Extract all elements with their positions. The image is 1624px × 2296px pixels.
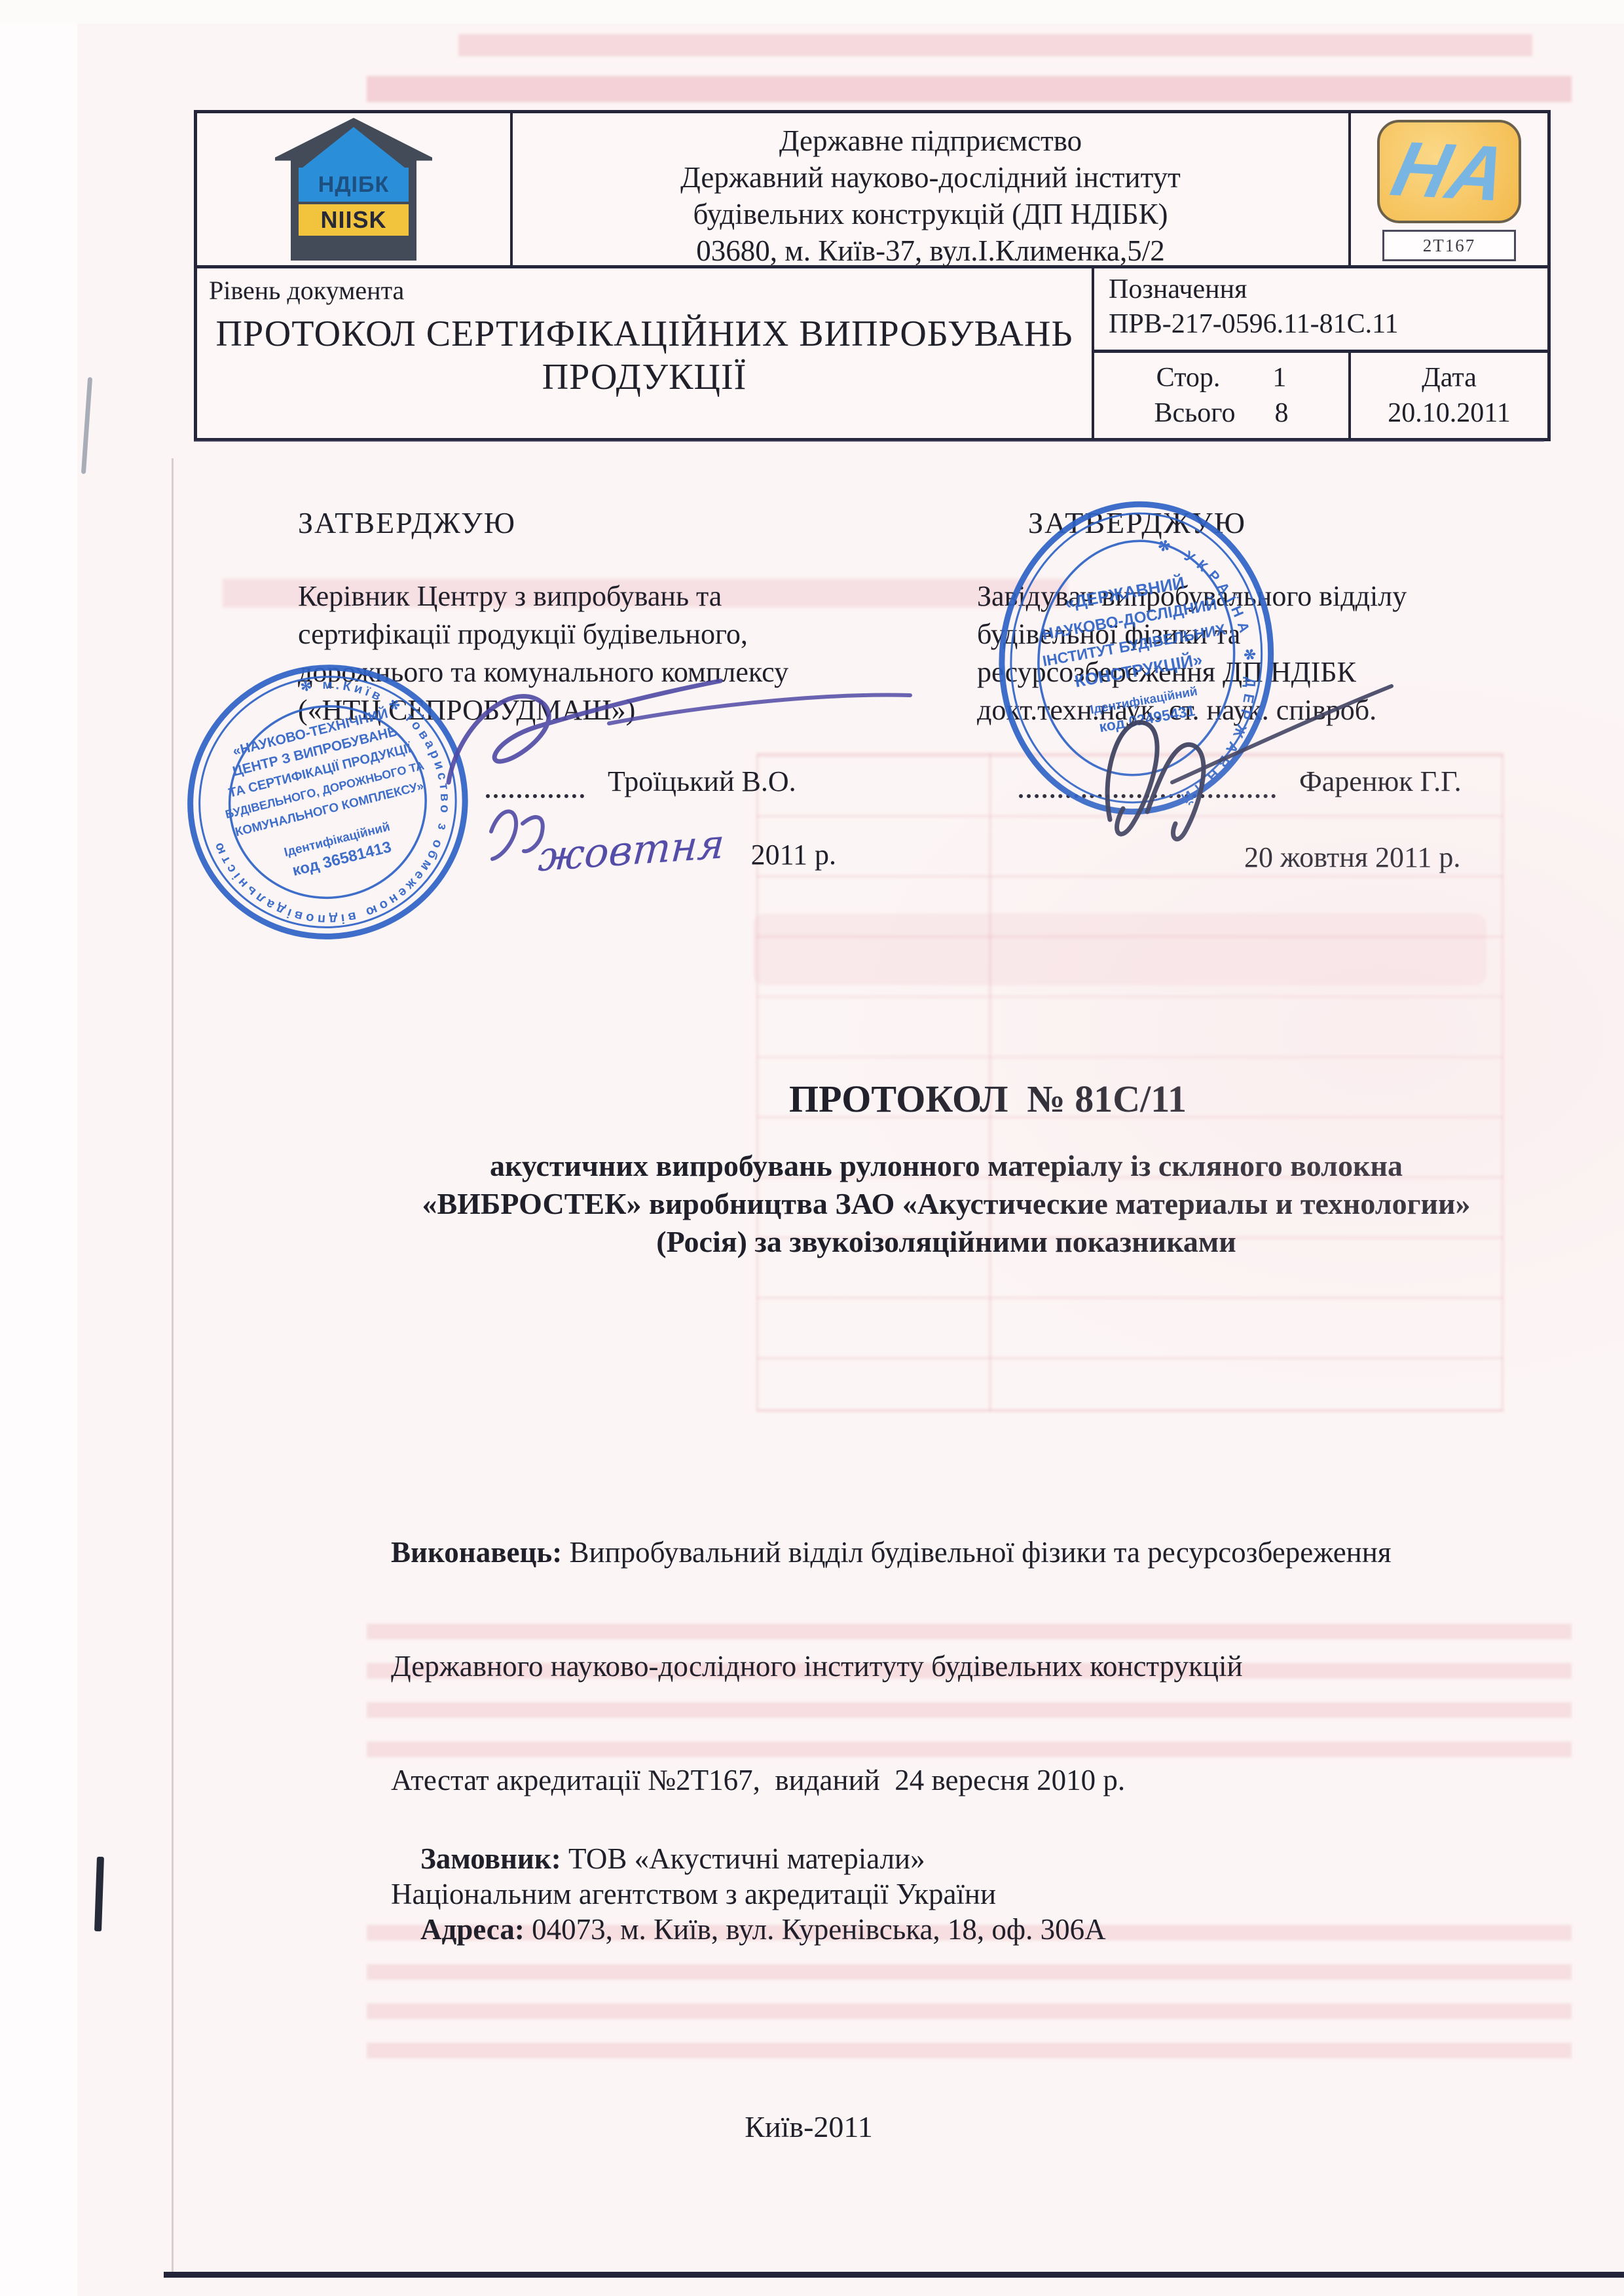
total-label: Всього [1154,397,1236,429]
executor-line: Державного науково-дослідного інституту … [391,1647,1543,1685]
signature-left [449,681,720,782]
scan-edge-top [0,0,1624,24]
signature-right [1107,722,1204,839]
header-underline [194,440,1544,442]
date-value: 20.10.2011 [1388,397,1510,429]
address-value: 04073, м. Київ, вул. Куренівська, 18, оф… [525,1913,1106,1946]
paper-edge-shadow [172,458,174,2272]
designation-label: Позначення [1109,272,1547,307]
executor-line1-rest: Випробувальний відділ будівельної фізики… [562,1536,1391,1569]
page-value: 1 [1272,362,1286,393]
customer-value: ТОВ «Акустичні матеріали» [561,1842,925,1875]
binder-mark-top [81,377,92,474]
accreditation-cell: НА 2Т167 [1348,113,1547,265]
header-table: НДІБК NIISK Державне підприємство Держав… [194,110,1551,441]
designation-block: Позначення ПРВ-217-0596.11-81С.11 [1094,268,1547,353]
scanned-protocol-page: НДІБК NIISK Державне підприємство Держав… [0,0,1624,2296]
institution-line: Державний науково-дослідний інститут [513,159,1348,196]
protocol-number-title: ПРОТОКОЛ № 81С/11 [789,1077,1187,1121]
address-label: Адреса: [420,1913,525,1946]
address-row: Адреса: 04073, м. Київ, вул. Куренівська… [391,1872,1543,1986]
niisk-logo-icon: НДІБК NIISK [255,118,452,261]
accreditation-code-box: 2Т167 [1382,230,1516,261]
signatures-overlay [262,615,1604,930]
doc-type-title: ПРОТОКОЛ СЕРТИФІКАЦІЙНИХ ВИПРОБУВАНЬ ПРО… [209,312,1080,399]
doc-type-line: ПРОТОКОЛ СЕРТИФІКАЦІЙНИХ ВИПРОБУВАНЬ [209,312,1080,355]
footer-city-year: Київ-2011 [0,2109,1617,2144]
niisk-cyrillic-label: НДІБК [299,168,409,202]
date-label: Дата [1422,362,1477,393]
institution-line: Державне підприємство [513,122,1348,159]
binder-mark-bottom [94,1857,104,1931]
subject-line: «ВИБРОСТЕК» виробництва ЗАО «Акустически… [367,1185,1526,1223]
designation-cell: Позначення ПРВ-217-0596.11-81С.11 Стор. … [1094,268,1547,438]
scan-bottom-edge-line [164,2272,1624,2278]
doc-type-line: ПРОДУКЦІЇ [209,355,1080,399]
niisk-latin-label: NIISK [299,204,409,236]
bleedthrough-line [458,34,1532,56]
institution-name-block: Державне підприємство Державний науково-… [513,113,1348,265]
subject-line: акустичних випробувань рулонного матеріа… [367,1147,1526,1185]
page-label: Стор. [1156,362,1221,393]
scan-edge-left [0,0,77,2296]
bleedthrough-line [367,76,1572,102]
institution-line: будівельних конструкцій (ДП НДІБК) [513,196,1348,232]
doc-level-cell: Рівень документа ПРОТОКОЛ СЕРТИФІКАЦІЙНИ… [197,268,1094,438]
pages-date-row: Стор. 1 Всього 8 Дата 20.10.2011 [1094,353,1547,438]
customer-label: Замовник: [420,1842,561,1875]
role-line: Керівник Центру з випробувань та [298,577,959,615]
designation-value: ПРВ-217-0596.11-81С.11 [1109,307,1547,342]
executor-line1: Виконавець: Випробувальний відділ будіве… [391,1533,1543,1571]
pages-cell: Стор. 1 Всього 8 [1094,353,1351,438]
protocol-subject: акустичних випробувань рулонного матеріа… [367,1147,1526,1261]
header-row-doc-type: Рівень документа ПРОТОКОЛ СЕРТИФІКАЦІЙНИ… [197,268,1547,438]
total-value: 8 [1275,397,1289,429]
doc-level-label: Рівень документа [209,275,1080,306]
accreditation-glyph: НА [1385,130,1513,213]
approve-heading-left: ЗАТВЕРДЖУЮ [298,505,516,540]
executor-label: Виконавець: [391,1536,562,1569]
subject-line: (Росія) за звукоізоляційними показниками [367,1223,1526,1261]
niisk-logo-cell: НДІБК NIISK [197,113,513,265]
date-cell: Дата 20.10.2011 [1351,353,1547,438]
executor-line: Атестат акредитації №2Т167, виданий 24 в… [391,1761,1543,1799]
accreditation-logo-icon: НА [1377,120,1521,223]
header-row-institution: НДІБК NIISK Державне підприємство Держав… [197,113,1547,268]
handwritten-day [491,811,543,859]
institution-line: 03680, м. Київ-37, вул.І.Клименка,5/2 [513,232,1348,269]
signature-right-stroke [1172,686,1392,782]
signature-left-stroke [609,695,910,723]
